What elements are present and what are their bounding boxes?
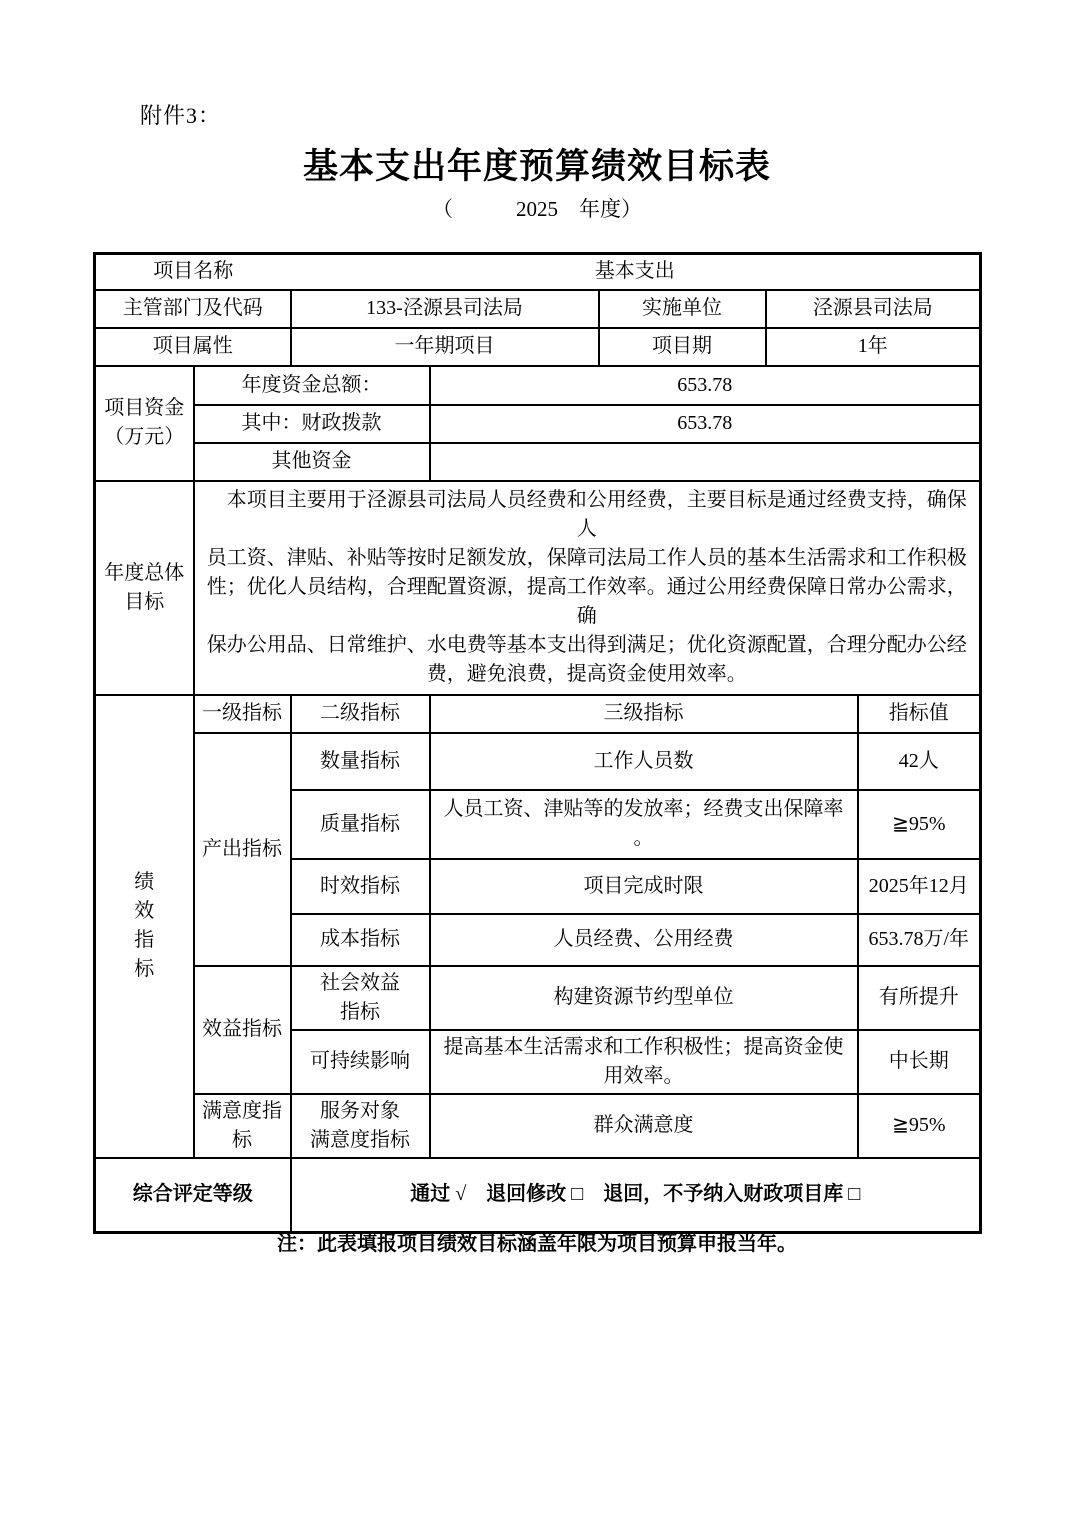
row-department: 主管部门及代码 133-泾源县司法局 实施单位 泾源县司法局 [95, 290, 981, 328]
output-indicator-label: 产出指标 [194, 733, 291, 966]
row-social-benefit-indicator: 效益指标 社会效益指标 构建资源节约型单位 有所提升 [95, 966, 981, 1030]
row-funds-other: 其他资金 [95, 443, 981, 481]
project-name-label: 项目名称 [95, 254, 291, 290]
quantity-indicator-name: 工作人员数 [430, 733, 858, 790]
page-title: 基本支出年度预算绩效目标表 [0, 139, 1074, 189]
service-satisfaction-indicator-value: ≧95% [858, 1094, 981, 1158]
annual-goal-label: 年度总体目标 [95, 481, 194, 695]
funds-other-label: 其他资金 [194, 443, 430, 481]
indicators-label: 绩效指标 [95, 695, 194, 1158]
attribute-label: 项目属性 [95, 328, 291, 366]
header-level3: 三级指标 [430, 695, 858, 733]
attribute-value: 一年期项目 [291, 328, 599, 366]
impl-unit-label: 实施单位 [599, 290, 766, 328]
rating-label: 综合评定等级 [95, 1158, 291, 1233]
project-name-value: 基本支出 [291, 254, 981, 290]
funds-fiscal-label: 其中：财政拨款 [194, 405, 430, 443]
row-funds-total: 项目资金（万元） 年度资金总额： 653.78 [95, 366, 981, 405]
social-benefit-indicator-name: 构建资源节约型单位 [430, 966, 858, 1030]
funds-fiscal-value: 653.78 [430, 405, 981, 443]
cost-indicator-value: 653.78万/年 [858, 914, 981, 966]
benefit-indicator-label: 效益指标 [194, 966, 291, 1094]
quantity-indicator-label: 数量指标 [291, 733, 430, 790]
sustainability-indicator-value: 中长期 [858, 1030, 981, 1094]
attachment-label: 附件3： [140, 99, 221, 130]
impl-unit-value: 泾源县司法局 [766, 290, 981, 328]
quality-indicator-value: ≧95% [858, 790, 981, 859]
quality-indicator-name: 人员工资、津贴等的发放率；经费支出保障率。 [430, 790, 858, 859]
funds-other-value [430, 443, 981, 481]
row-project-name: 项目名称 基本支出 [95, 254, 981, 290]
satisfaction-indicator-label: 满意度指标 [194, 1094, 291, 1158]
rating-options: 通过 √ 退回修改 □ 退回，不予纳入财政项目库 □ [291, 1158, 981, 1233]
sustainability-indicator-label: 可持续影响 [291, 1030, 430, 1094]
row-funds-fiscal: 其中：财政拨款 653.78 [95, 405, 981, 443]
funds-total-value: 653.78 [430, 366, 981, 405]
row-satisfaction-indicator: 满意度指标 服务对象满意度指标 群众满意度 ≧95% [95, 1094, 981, 1158]
row-attribute: 项目属性 一年期项目 项目期 1年 [95, 328, 981, 366]
cost-indicator-label: 成本指标 [291, 914, 430, 966]
sustainability-indicator-name: 提高基本生活需求和工作积极性；提高资金使用效率。 [430, 1030, 858, 1094]
annual-goal-text: 本项目主要用于泾源县司法局人员经费和公用经费，主要目标是通过经费支持，确保人员工… [194, 481, 981, 695]
department-label: 主管部门及代码 [95, 290, 291, 328]
header-level2: 二级指标 [291, 695, 430, 733]
social-benefit-indicator-value: 有所提升 [858, 966, 981, 1030]
service-satisfaction-indicator-name: 群众满意度 [430, 1094, 858, 1158]
row-rating: 综合评定等级 通过 √ 退回修改 □ 退回，不予纳入财政项目库 □ [95, 1158, 981, 1233]
header-level1: 一级指标 [194, 695, 291, 733]
timeliness-indicator-name: 项目完成时限 [430, 859, 858, 914]
footer-note: 注：此表填报项目绩效目标涵盖年限为项目预算申报当年。 [0, 1227, 1074, 1256]
quantity-indicator-value: 42人 [858, 733, 981, 790]
funds-total-label: 年度资金总额： [194, 366, 430, 405]
period-label: 项目期 [599, 328, 766, 366]
performance-target-table: 项目名称 基本支出 主管部门及代码 133-泾源县司法局 实施单位 泾源县司法局… [93, 252, 982, 1234]
page-subtitle: （ 2025 年度） [0, 193, 1074, 223]
service-satisfaction-indicator-label: 服务对象满意度指标 [291, 1094, 430, 1158]
funds-label: 项目资金（万元） [95, 366, 194, 481]
period-value: 1年 [766, 328, 981, 366]
department-value: 133-泾源县司法局 [291, 290, 599, 328]
timeliness-indicator-value: 2025年12月 [858, 859, 981, 914]
row-annual-goal: 年度总体目标 本项目主要用于泾源县司法局人员经费和公用经费，主要目标是通过经费支… [95, 481, 981, 695]
row-indicator-headers: 绩效指标 一级指标 二级指标 三级指标 指标值 [95, 695, 981, 733]
cost-indicator-name: 人员经费、公用经费 [430, 914, 858, 966]
timeliness-indicator-label: 时效指标 [291, 859, 430, 914]
header-value: 指标值 [858, 695, 981, 733]
row-quantity-indicator: 产出指标 数量指标 工作人员数 42人 [95, 733, 981, 790]
social-benefit-indicator-label: 社会效益指标 [291, 966, 430, 1030]
quality-indicator-label: 质量指标 [291, 790, 430, 859]
